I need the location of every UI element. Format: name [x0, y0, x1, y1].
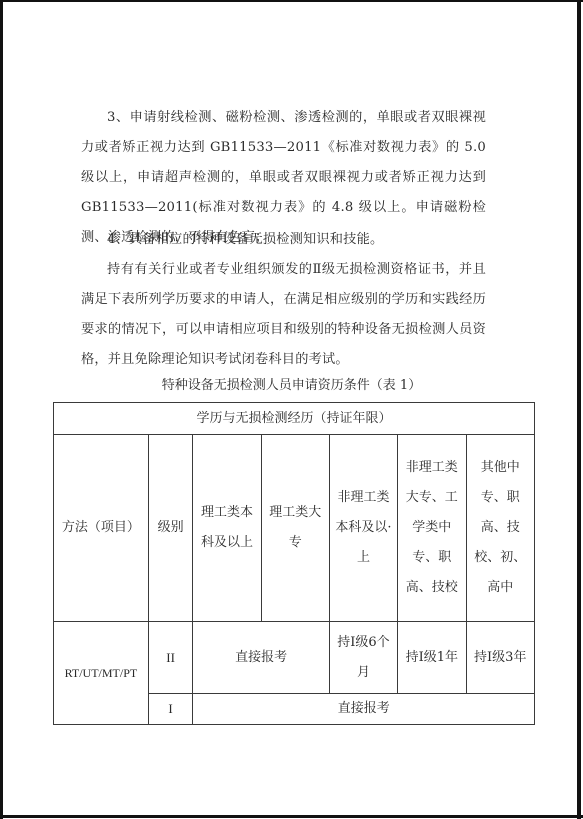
paragraph-knowledge-skills: 4、具备相应的特种设备无损检测知识和技能。: [107, 225, 512, 255]
table-caption: 特种设备无损检测人员申请资历条件（表 1）: [0, 374, 583, 393]
column-header-method: 方法（项目）: [54, 435, 149, 622]
column-header-science-college: 理工类大专: [261, 435, 329, 622]
level-cell: II: [148, 622, 193, 694]
page-frame-top: [0, 0, 583, 2]
qualification-table: 学历与无损检测经历（持证年限） 方法（项目） 级别 理工类本科及以上 理工类大专…: [53, 402, 535, 725]
page-frame-left: [0, 0, 3, 819]
paragraph-exemption: 持有有关行业或者专业组织颁发的Ⅱ级无损检测资格证书，并且满足下表所列学历要求的申…: [81, 255, 486, 375]
direct-apply-cell: 直接报考: [193, 622, 329, 694]
requirement-cell: 持Ⅰ级6个月: [329, 622, 397, 694]
requirement-cell: 持Ⅰ级1年: [398, 622, 466, 694]
table-title: 学历与无损检测经历（持证年限）: [54, 403, 535, 435]
direct-apply-cell: 直接报考: [193, 694, 535, 725]
column-header-nonscience-college: 非理工类大专、工学类中专、职高、技校: [398, 435, 466, 622]
column-header-level: 级别: [148, 435, 193, 622]
table-title-row: 学历与无损检测经历（持证年限）: [54, 403, 535, 435]
requirement-cell: 持Ⅰ级3年: [466, 622, 535, 694]
level-cell: I: [148, 694, 193, 725]
page-frame-bottom: [0, 815, 583, 818]
table-header-row: 方法（项目） 级别 理工类本科及以上 理工类大专 非理工类本科及以·上 非理工类…: [54, 435, 535, 622]
page-frame-right: [577, 0, 581, 819]
column-header-nonscience-bachelor: 非理工类本科及以·上: [329, 435, 397, 622]
table-row: RT/UT/MT/PT II 直接报考 持Ⅰ级6个月 持Ⅰ级1年 持Ⅰ级3年: [54, 622, 535, 694]
column-header-other: 其他中专、职高、技校、初、高中: [466, 435, 535, 622]
method-cell: RT/UT/MT/PT: [54, 622, 149, 725]
column-header-science-bachelor: 理工类本科及以上: [193, 435, 261, 622]
